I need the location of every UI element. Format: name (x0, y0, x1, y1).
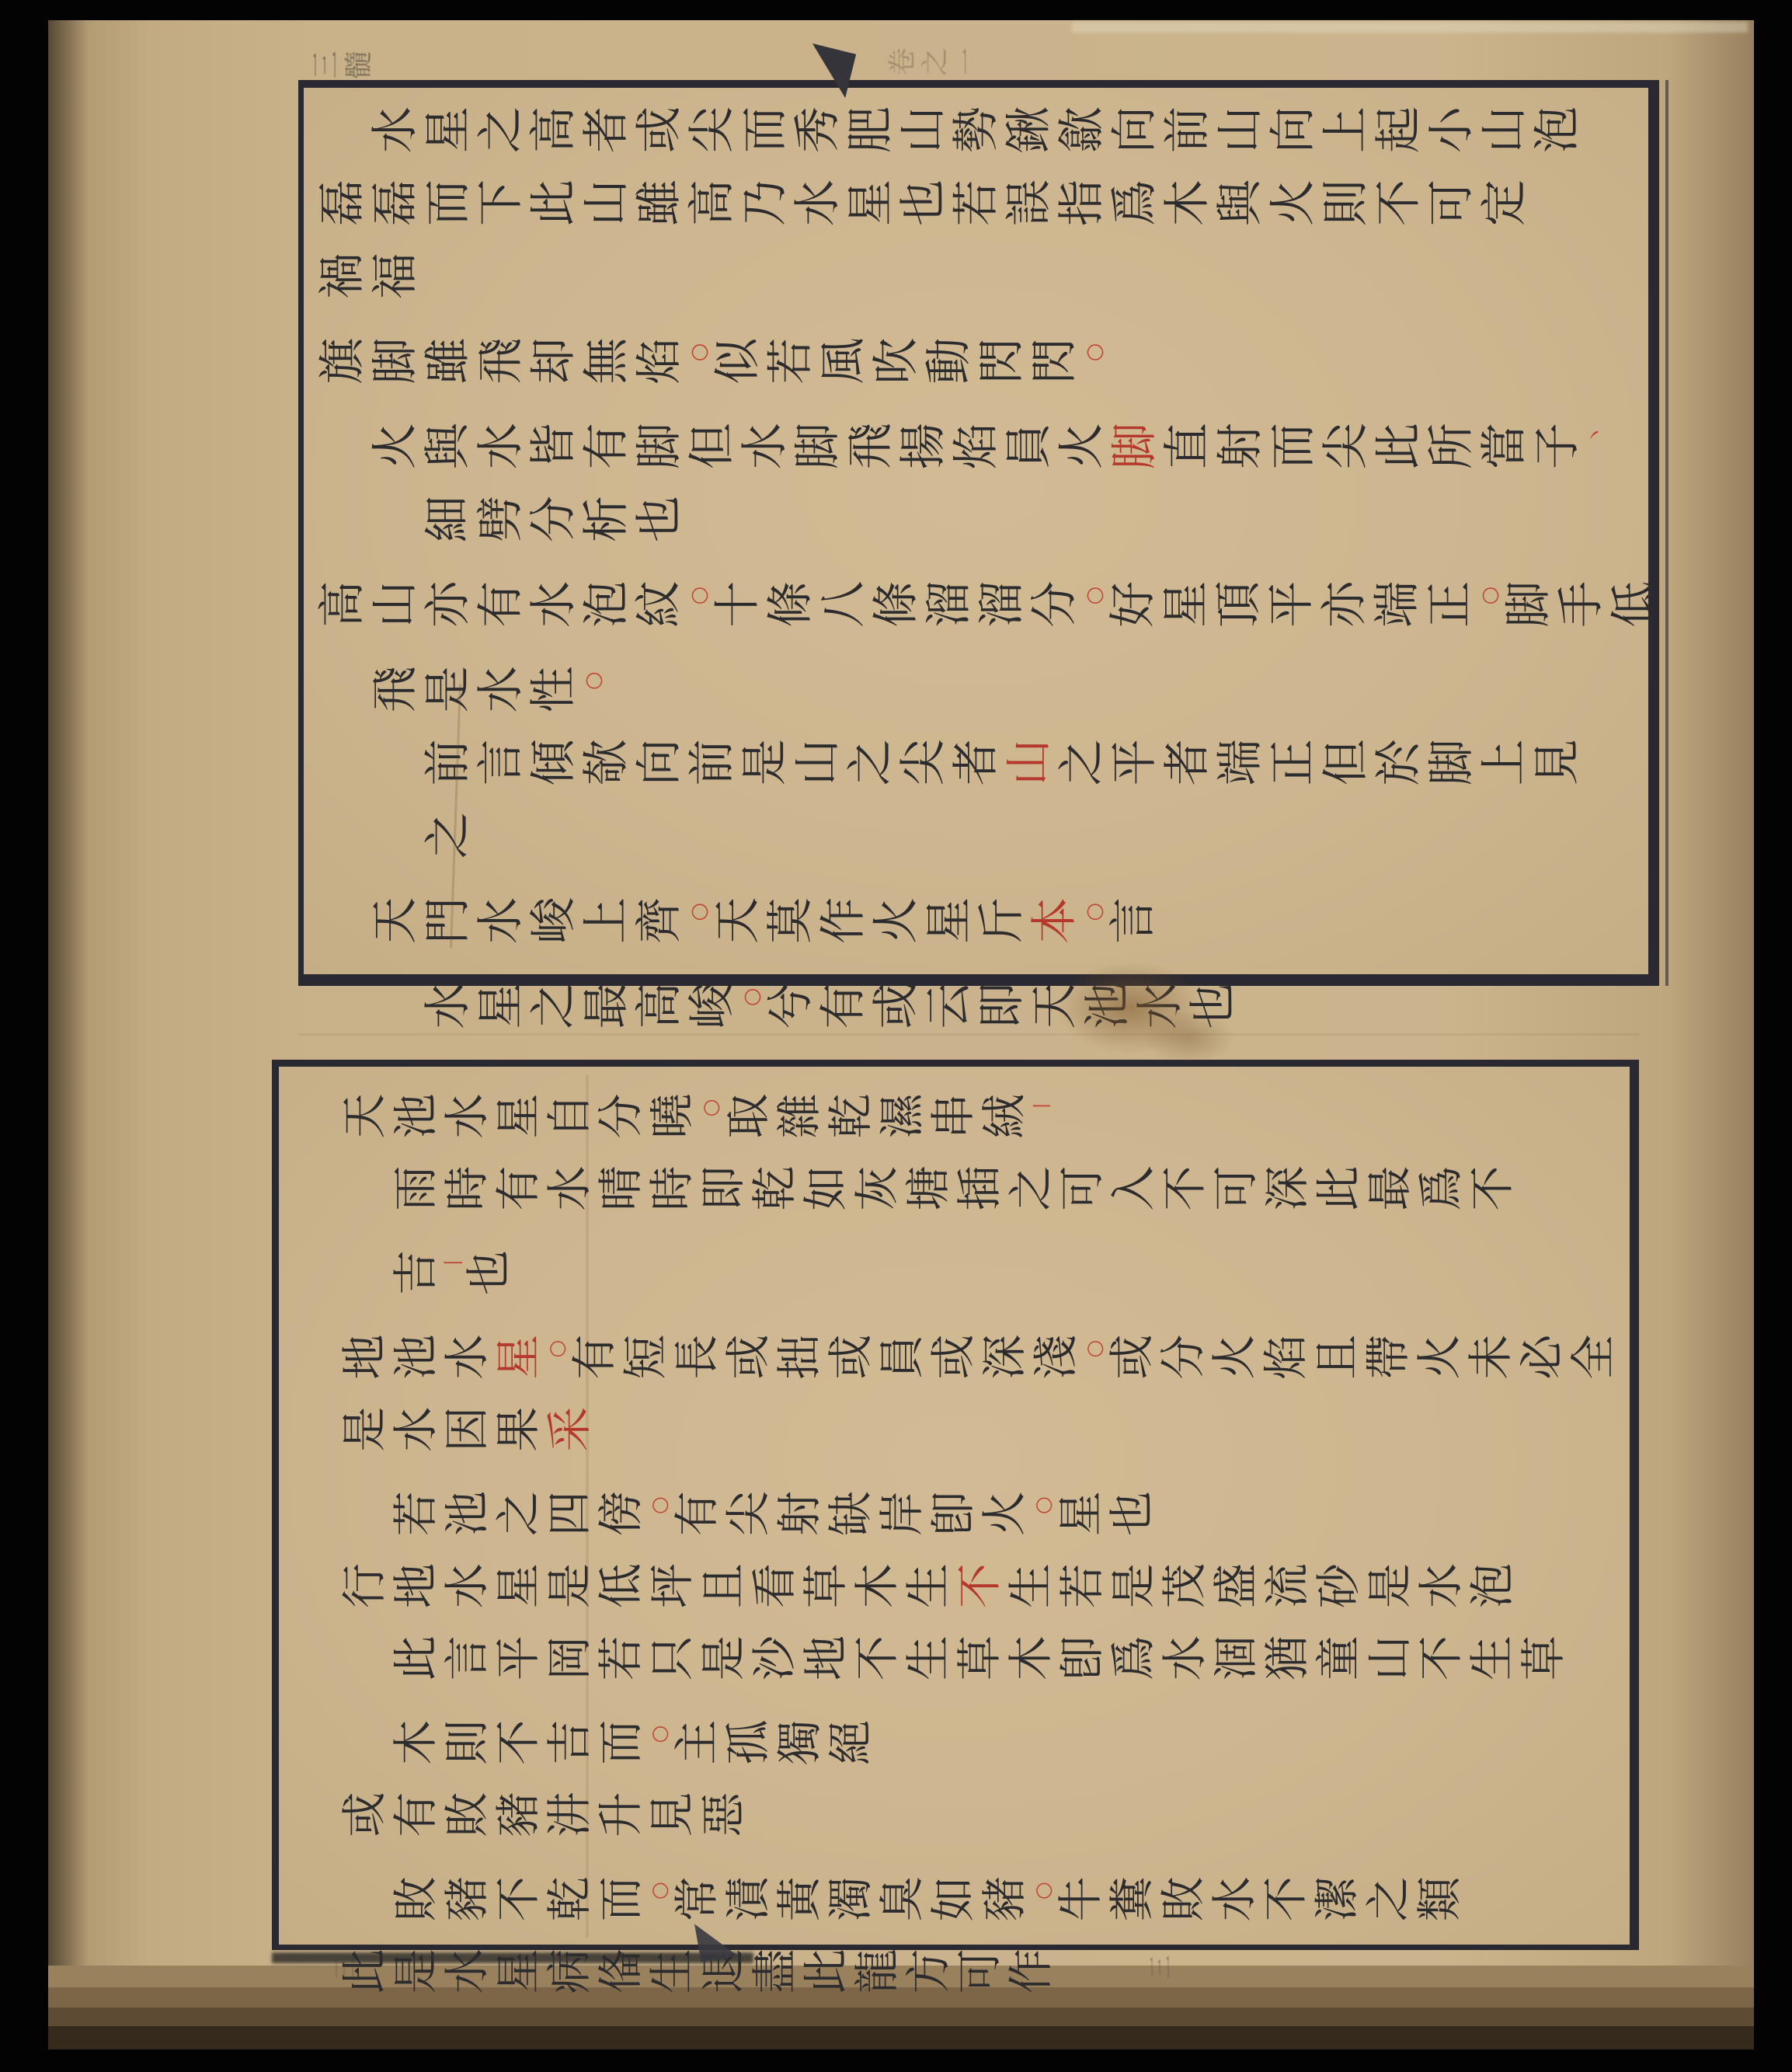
red-reading-mark: ○ (648, 1879, 673, 1903)
folio-mark-right: 三 (1148, 1953, 1257, 1987)
text-row: 敗豬不乾而○常漬黃濁臭如豬○牛糞敗水不潔之類 (289, 1855, 1633, 1940)
text-row: 旗脚雖飛却無焰○似若風吹動閃閃○ (317, 316, 1637, 402)
red-reading-mark: ○ (581, 669, 607, 693)
text-row: 水星之高者或尖而秀肥山勢鍬歙向前山向上起小山泡 (317, 97, 1637, 170)
text-row: 禍福 (317, 243, 1637, 316)
text-segment: 此是水星病俻生退盡此龍方可作 (340, 1948, 1058, 2001)
text-row: 天池水星自分曉○取雜乾濕串絨〡 (289, 1072, 1633, 1157)
text-segment: 飛是水性 (370, 666, 581, 720)
text-segment: 是水因果 (340, 1407, 545, 1460)
text-segment: 前言傾欹向前是山之尖者 (423, 739, 1004, 793)
text-row: 若池之四傍○有尖射缺岸卽火○星也 (289, 1470, 1633, 1555)
red-reading-mark: ○ (648, 1722, 673, 1746)
text-segment: 天門水峻上齊 (370, 897, 687, 952)
page-stack-edge (48, 2026, 1754, 2049)
text-segment: 水星之高者或尖而秀肥山勢鍬歙向前山向上起小山泡 (370, 106, 1585, 161)
paper-crease (298, 1033, 1639, 1036)
text-segment: 若池之四傍 (391, 1491, 648, 1544)
paper-edge-highlight (1072, 22, 1748, 33)
text-segment: 水星之最高峻 (423, 982, 739, 1036)
text-segment: 之平者端正但於脚上見 (1056, 739, 1585, 793)
text-segment: 牛糞敗水不潔之類 (1056, 1876, 1467, 1929)
red-ink-char: 星 (494, 1335, 545, 1388)
paper-crease (586, 1075, 589, 1938)
text-segment: 有尖射缺岸卽火 (673, 1491, 1032, 1544)
text-segment: 禍福 (317, 252, 423, 307)
text-segment: 火與水皆有脚但水脚飛揚焰員火 (370, 423, 1109, 477)
text-row: 行地水星是低坪且看草木生不生若是茂盛流砂是水泡 (289, 1554, 1633, 1626)
text-row: 此是水星病俻生退盡此龍方可作 (289, 1939, 1633, 2011)
text-segment: 敗豬不乾而 (391, 1876, 648, 1929)
red-reading-mark: ○ (648, 1494, 673, 1517)
red-reading-mark: ○ (1032, 1494, 1056, 1517)
text-segment: 脚手低 (1503, 581, 1662, 636)
header-mark-left: 三髓 (311, 47, 443, 87)
text-row: 高山亦有水泡紋○十條八條溜溜分○好星頂平亦端正○脚手低 (317, 559, 1637, 645)
spine-shadow (48, 20, 89, 2049)
red-reading-mark: ○ (687, 583, 712, 608)
text-segment: 磊磊而下此山雖高乃水星也若誤指爲木與火則不可定 (317, 179, 1532, 234)
text-segment: 地池水 (340, 1335, 494, 1388)
text-segment: 也 (465, 1250, 516, 1303)
page-text-top: 水星之高者或尖而秀肥山勢鍬歙向前山向上起小山泡磊磊而下此山雖高乃水星也若誤指爲木… (317, 97, 1637, 973)
red-reading-mark: ○ (687, 340, 712, 364)
text-row: 吉丨也 (289, 1229, 1633, 1314)
ink-stain (1142, 1010, 1235, 1064)
header-mark-right: 卷之一 (887, 44, 1042, 84)
text-row: 火與水皆有脚但水脚飛揚焰員火脚直射而尖此所當子丶 (317, 402, 1637, 487)
text-segment: 似若風吹動閃閃 (712, 338, 1082, 392)
red-reading-mark: ○ (1083, 1337, 1108, 1360)
red-reading-mark: 丶 (1585, 426, 1607, 450)
text-segment: 此言平岡若只是沙地不生草木卽爲水涸猶童山不生草 (391, 1635, 1571, 1688)
text-row: 木則不吉而○主孤獨絕 (289, 1698, 1633, 1783)
text-segment: 行地水星是低坪且看草木生 (340, 1563, 955, 1616)
text-segment: 取雜乾濕串絨 (724, 1094, 1032, 1147)
text-segment: 高山亦有水泡紋 (317, 581, 687, 636)
red-reading-mark: ○ (1477, 583, 1503, 608)
text-row: 飛是水性○ (317, 645, 1637, 730)
text-row: 雨時有水晴時即乾如灰塘插之可入不可深此最爲不 (289, 1157, 1633, 1229)
folio-mark-left: 三 (332, 1955, 441, 1989)
fold-wedge-bottom (694, 1917, 738, 1962)
text-segment: 天莫作火星斤 (712, 897, 1029, 952)
text-row: 或有敗豬汫升見惡 (289, 1783, 1633, 1855)
red-reading-mark: ○ (1082, 340, 1108, 364)
text-segment: 之 (423, 812, 475, 866)
red-reading-mark: ○ (1082, 583, 1108, 608)
red-reading-mark: ○ (687, 900, 712, 924)
red-ink-char: 不 (955, 1563, 1007, 1616)
red-reading-mark: 〡 (1032, 1096, 1053, 1120)
text-row: 是水因果采 (289, 1398, 1633, 1470)
text-segment: 木則不吉而 (391, 1720, 648, 1773)
screenshot-stage: 水星之高者或尖而秀肥山勢鍬歙向前山向上起小山泡磊磊而下此山雖高乃水星也若誤指爲木… (0, 0, 1792, 2072)
text-segment: 好星頂平亦端正 (1108, 581, 1477, 636)
text-segment: 主孤獨絕 (673, 1720, 878, 1773)
text-segment: 吉 (391, 1250, 443, 1303)
text-segment: 十條八條溜溜分 (712, 581, 1082, 636)
text-segment: 細劈分析也 (423, 496, 687, 550)
text-segment: 天池水星自分曉 (340, 1094, 699, 1147)
text-row: 細劈分析也 (317, 486, 1637, 559)
text-row: 之 (317, 803, 1637, 876)
text-row: 前言傾欹向前是山之尖者山之平者端正但於脚上見 (317, 730, 1637, 803)
text-segment: 有短長或拙或員或深淺 (570, 1335, 1083, 1388)
text-segment: 或分火焰且帶火未必全 (1108, 1335, 1620, 1388)
text-segment: 言 (1108, 897, 1160, 952)
text-row: 天門水峻上齊○天莫作火星斤本○言 (317, 876, 1637, 961)
red-ink-char: 本 (1029, 897, 1082, 952)
red-reading-mark: ○ (739, 985, 765, 1009)
text-segment: 或有敗豬汫升見惡 (340, 1792, 750, 1845)
text-segment: 直射而尖此所當子 (1162, 423, 1585, 477)
red-reading-mark: ○ (1082, 900, 1108, 924)
red-ink-char: 采 (545, 1407, 597, 1460)
text-segment: 旗脚雖飛却無焰 (317, 338, 687, 392)
red-reading-mark: ○ (1032, 1879, 1056, 1903)
text-segment: 生若是茂盛流砂是水泡 (1007, 1563, 1519, 1616)
text-row: 磊磊而下此山雖高乃水星也若誤指爲木與火則不可定 (317, 170, 1637, 243)
red-reading-mark: ○ (545, 1337, 570, 1360)
red-ink-char: 脚 (1109, 423, 1162, 477)
page-text-bottom: 天池水星自分曉○取雜乾濕串絨〡雨時有水晴時即乾如灰塘插之可入不可深此最爲不吉丨也… (289, 1072, 1633, 1939)
red-reading-mark: 丨 (443, 1253, 465, 1276)
text-segment: 星也 (1056, 1491, 1159, 1544)
text-row: 地池水星○有短長或拙或員或深淺○或分火焰且帶火未必全 (289, 1313, 1633, 1398)
red-reading-mark: ○ (699, 1096, 724, 1120)
text-segment: 雨時有水晴時即乾如灰塘插之可入不可深此最爲不 (391, 1166, 1519, 1219)
red-ink-char: 山 (1004, 739, 1056, 793)
text-row: 此言平岡若只是沙地不生草木卽爲水涸猶童山不生草 (289, 1626, 1633, 1698)
